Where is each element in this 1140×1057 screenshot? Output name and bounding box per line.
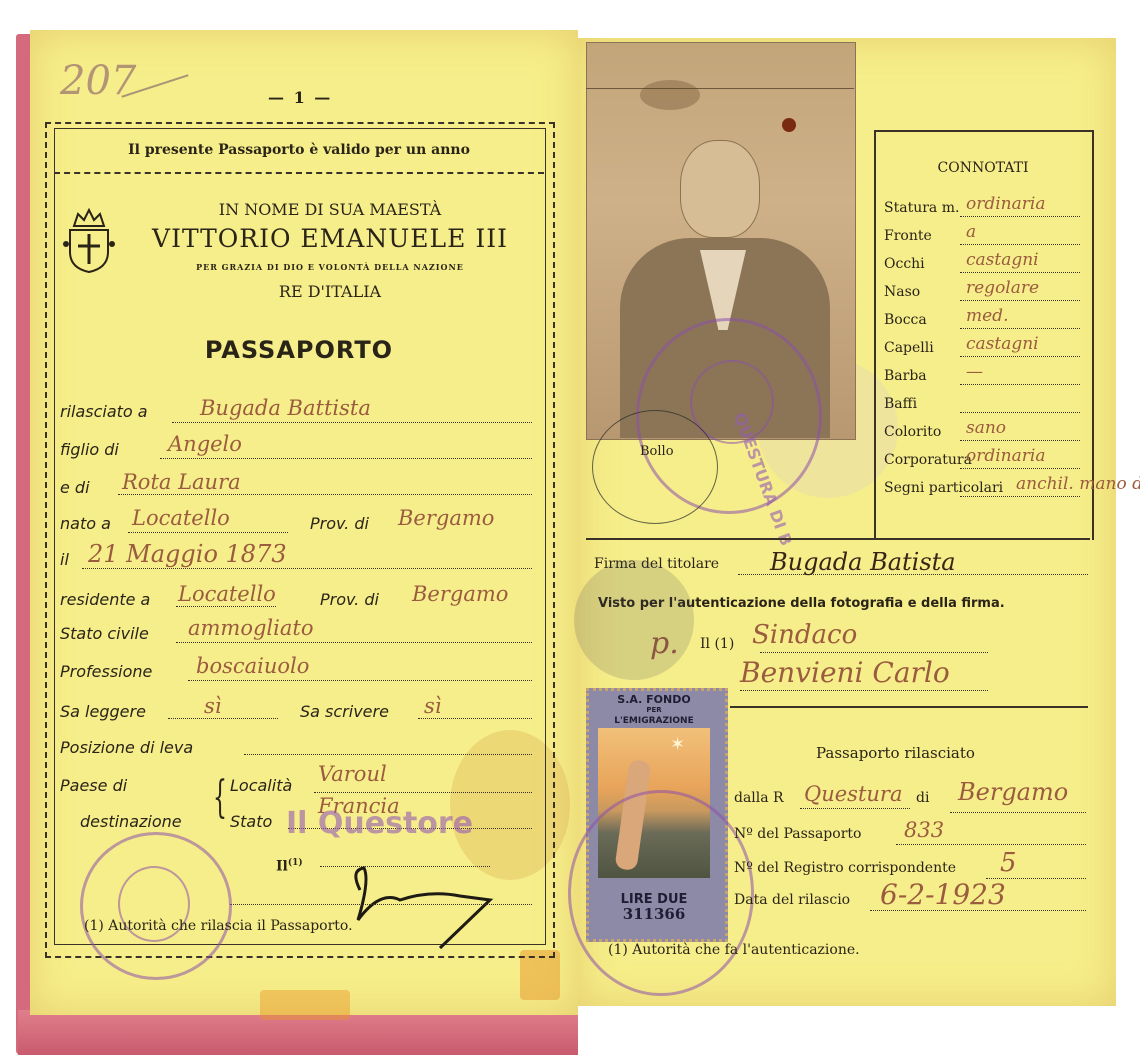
value-residence-province: Bergamo <box>412 582 508 606</box>
connotati-line <box>960 272 1080 273</box>
heading-re-ditalia: RE D'ITALIA <box>120 282 540 301</box>
authenticator-name: Benvieni Carlo <box>740 656 950 689</box>
issued-title: Passaporto rilasciato <box>816 744 975 762</box>
pencil-note: 207 <box>60 58 136 104</box>
connotati-label: Capelli <box>884 340 934 356</box>
label-passport-number: Nº del Passaporto <box>734 826 861 842</box>
value-can-write: sì <box>424 694 442 718</box>
revenue-stamp-line1: S.A. FONDO <box>586 694 722 705</box>
field-line <box>740 690 988 691</box>
connotati-label: Naso <box>884 284 920 300</box>
field-line <box>118 494 532 495</box>
value-birth-date: 21 Maggio 1873 <box>88 540 287 568</box>
value-issue-date: 6-2-1923 <box>880 878 1006 911</box>
label-residente-a: residente a <box>60 590 150 609</box>
label-figlio-di: figlio di <box>60 440 119 459</box>
connotati-line <box>960 300 1080 301</box>
connotati-value: castagni <box>966 334 1039 354</box>
label-e-di: e di <box>60 478 90 497</box>
field-line <box>800 808 910 809</box>
label-localita: Località <box>230 776 292 795</box>
connotati-line <box>960 216 1080 217</box>
connotati-value: anchil. mano destra <box>1016 474 1140 494</box>
label-issue-date: Data del rilascio <box>734 892 850 908</box>
questore-signature <box>340 860 530 950</box>
label-sa-leggere: Sa leggere <box>60 702 146 721</box>
photo-subject-head <box>680 140 760 238</box>
connotati-line <box>960 468 1080 469</box>
label-nato-a: nato a <box>60 514 111 533</box>
connotati-value: regolare <box>966 278 1039 298</box>
connotati-label: Colorito <box>884 424 941 440</box>
connotati-title: CONNOTATI <box>876 160 1090 176</box>
star-icon: ✶ <box>670 734 685 755</box>
revenue-stamp-line3: L'EMIGRAZIONE <box>586 716 722 727</box>
field-line <box>176 642 532 643</box>
label-dalla-r: dalla R <box>734 790 784 806</box>
label-posizione-di-leva: Posizione di leva <box>60 738 193 757</box>
revenue-stamp-line2: PER <box>586 705 722 716</box>
label-il-authority: Il <box>276 859 288 875</box>
label-stato: Stato <box>230 812 272 831</box>
connotati-line <box>960 356 1080 357</box>
page-number: — 1 — <box>268 88 332 107</box>
field-line <box>760 652 988 653</box>
label-professione: Professione <box>60 662 152 681</box>
label-authority: Il(1) <box>276 858 303 875</box>
connotati-line <box>960 496 1080 497</box>
divider <box>730 706 1088 708</box>
divider <box>586 538 1090 540</box>
brace: { <box>213 772 227 823</box>
connotati-line <box>960 328 1080 329</box>
connotati-label: Occhi <box>884 256 925 272</box>
connotati-value: ordinaria <box>966 194 1045 214</box>
field-line <box>128 532 288 533</box>
value-mother: Rota Laura <box>122 470 241 494</box>
connotati-value: — <box>966 362 983 382</box>
passport-title: PASSAPORTO <box>54 336 544 364</box>
label-stato-civile: Stato civile <box>60 624 149 643</box>
connotati-line <box>960 244 1080 245</box>
connotati-label: Statura m. <box>884 200 959 216</box>
field-line <box>188 680 532 681</box>
value-holder-name: Bugada Battista <box>200 396 371 420</box>
value-civil-status: ammogliato <box>188 616 313 640</box>
value-issuing-city: Bergamo <box>958 778 1068 806</box>
municipal-stamp-smudge <box>574 560 694 680</box>
field-line <box>896 844 1086 845</box>
connotati-label: Segni particolari <box>884 480 1003 496</box>
connotati-value: a <box>966 222 976 242</box>
label-di: di <box>916 790 929 806</box>
field-line <box>172 422 532 423</box>
label-paese-di: Paese di <box>60 776 127 795</box>
connotati-value: castagni <box>966 250 1039 270</box>
field-line <box>168 718 278 719</box>
field-line <box>160 458 532 459</box>
value-issuing-authority: Questura <box>804 782 902 806</box>
value-residence: Locatello <box>178 582 276 606</box>
field-line <box>176 606 276 607</box>
connotati-value: sano <box>966 418 1006 438</box>
validity-notice: Il presente Passaporto è valido per un a… <box>54 142 544 158</box>
bollo-circle <box>592 410 718 524</box>
validity-divider <box>54 172 544 174</box>
value-destination-locality: Varoul <box>318 762 387 786</box>
field-line <box>314 792 532 793</box>
connotati-value: med. <box>966 306 1008 326</box>
field-line <box>950 812 1086 813</box>
label-destinazione: destinazione <box>80 812 182 831</box>
connotati-label: Barba <box>884 368 927 384</box>
heading-in-nome: IN NOME DI SUA MAESTÀ <box>120 200 540 219</box>
label-rilasciato: rilasciato a <box>60 402 148 421</box>
connotati-line <box>960 412 1080 413</box>
label-il: il <box>60 550 69 569</box>
holder-signature: Bugada Batista <box>770 548 956 576</box>
revenue-stamp-header: S.A. FONDO PER L'EMIGRAZIONE <box>586 694 722 727</box>
field-line <box>244 754 532 755</box>
value-birthplace: Locatello <box>132 506 230 530</box>
field-line <box>230 904 532 905</box>
value-birth-province: Bergamo <box>398 506 494 530</box>
value-father: Angelo <box>168 432 242 456</box>
right-footnote: (1) Autorità che fa l'autenticazione. <box>608 942 860 958</box>
authenticator-title: Sindaco <box>752 620 857 650</box>
connotati-label: Baffi <box>884 396 917 412</box>
connotati-value: ordinaria <box>966 446 1045 466</box>
questore-stamp: Il Questore <box>286 806 473 841</box>
heading-grazia: PER GRAZIA DI DIO E VOLONTÀ DELLA NAZION… <box>120 262 540 272</box>
footnote-marker: (1) <box>288 858 303 868</box>
connotati-label: Fronte <box>884 228 932 244</box>
label-sa-scrivere: Sa scrivere <box>300 702 389 721</box>
heading-king-name: VITTORIO EMANUELE III <box>110 224 550 253</box>
connotati-line <box>960 384 1080 385</box>
connotati-line <box>960 440 1080 441</box>
value-register-number: 5 <box>1000 848 1017 878</box>
label-il-sindaco: Il (1) <box>700 636 734 652</box>
label-register-number: Nº del Registro corrispondente <box>734 860 956 876</box>
royal-crest-icon <box>62 208 116 274</box>
value-profession: boscaiuolo <box>196 654 309 678</box>
field-line <box>418 718 532 719</box>
label-prov-residence: Prov. di <box>320 590 379 609</box>
connotati-label: Bocca <box>884 312 927 328</box>
left-footnote: (1) Autorità che rilascia il Passaporto. <box>84 918 353 934</box>
photo-fold <box>586 88 854 89</box>
value-can-read: sì <box>204 694 222 718</box>
bollo-caption: Bollo <box>640 444 674 459</box>
connotati-label: Corporatura <box>884 452 972 468</box>
questura-right-stamp <box>568 790 754 996</box>
value-passport-number: 833 <box>904 818 944 842</box>
label-prov-birth: Prov. di <box>310 514 369 533</box>
field-line <box>82 568 532 569</box>
